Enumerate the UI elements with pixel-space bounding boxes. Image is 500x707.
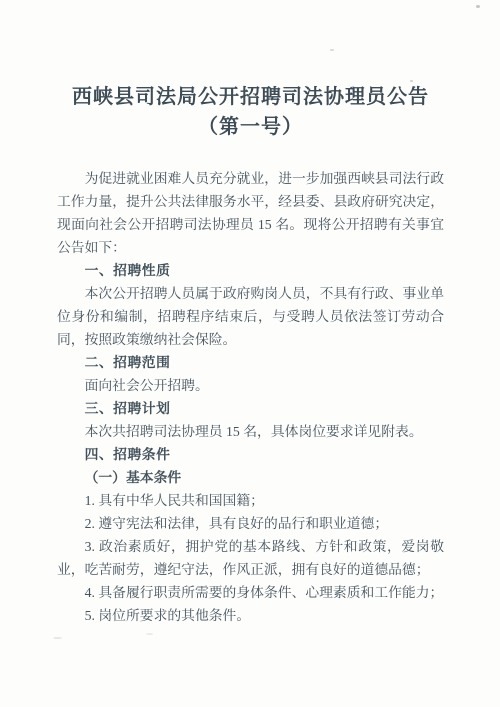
- section-4-heading: 四、招聘条件: [57, 443, 444, 466]
- document-content: 西峡县司法局公开招聘司法协理员公告 （第一号） 为促进就业困难人员充分就业，进一…: [0, 0, 500, 627]
- scanned-document-page: 西峡县司法局公开招聘司法协理员公告 （第一号） 为促进就业困难人员充分就业，进一…: [0, 0, 500, 707]
- condition-item-4: 4. 具备履行职责所需要的身体条件、心理素质和工作能力；: [57, 581, 444, 604]
- section-1-heading: 一、招聘性质: [57, 259, 444, 282]
- page-title-line1: 西峡县司法局公开招聘司法协理员公告: [57, 82, 444, 112]
- condition-item-5: 5. 岗位所要求的其他条件。: [57, 604, 444, 627]
- condition-item-2: 2. 遵守宪法和法律，具有良好的品行和职业道德；: [57, 512, 444, 535]
- page-title: 西峡县司法局公开招聘司法协理员公告 （第一号）: [57, 82, 444, 142]
- condition-item-3: 3. 政治素质好，拥护党的基本路线、方针和政策，爱岗敬业，吃苦耐劳，遵纪守法，作…: [57, 535, 444, 581]
- scan-artifact-speck: [53, 637, 62, 639]
- condition-item-1: 1. 具有中华人民共和国国籍；: [57, 489, 444, 512]
- page-title-line2: （第一号）: [57, 112, 444, 142]
- intro-paragraph: 为促进就业困难人员充分就业，进一步加强西峡县司法行政工作力量，提升公共法律服务水…: [57, 167, 444, 259]
- section-3-heading: 三、招聘计划: [57, 397, 444, 420]
- scan-artifact-speck: [146, 633, 153, 635]
- section-2-paragraph: 面向社会公开招聘。: [57, 374, 444, 397]
- document-body: 为促进就业困难人员充分就业，进一步加强西峡县司法行政工作力量，提升公共法律服务水…: [57, 167, 444, 627]
- section-2-heading: 二、招聘范围: [57, 351, 444, 374]
- section-4-subheading: （一）基本条件: [57, 466, 444, 489]
- section-3-paragraph: 本次共招聘司法协理员 15 名，具体岗位要求详见附表。: [57, 420, 444, 443]
- section-1-paragraph: 本次公开招聘人员属于政府购岗人员，不具有行政、事业单位身份和编制，招聘程序结束后…: [57, 282, 444, 351]
